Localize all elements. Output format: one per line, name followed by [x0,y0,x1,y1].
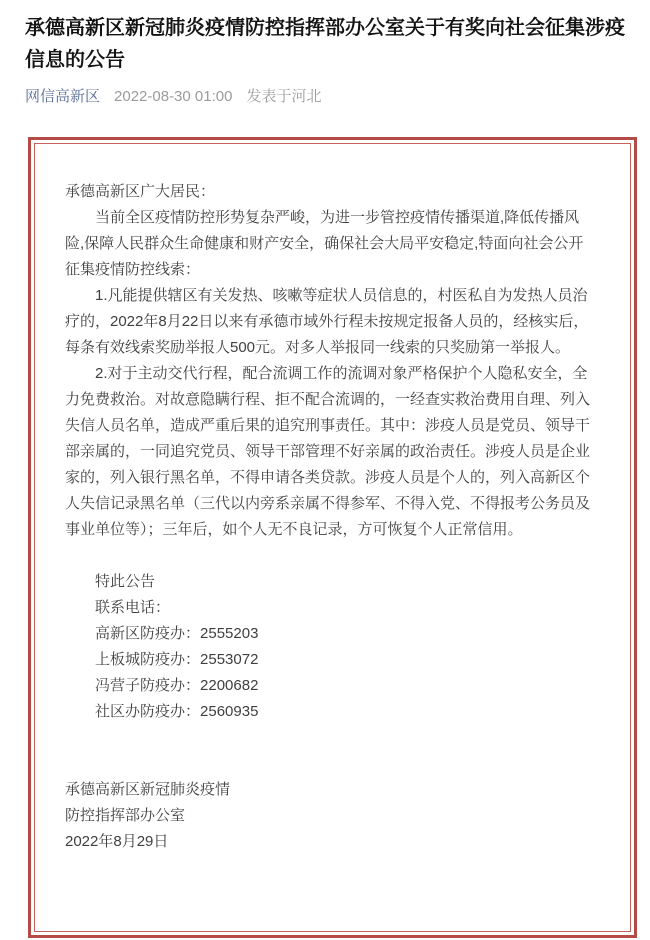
contact-label: 冯营子防疫办： [95,677,200,694]
contact-row: 冯营子防疫办：2200682 [65,673,590,699]
contact-label: 上板城防疫办： [95,651,200,668]
signature-org-line-2: 防控指挥部办公室 [65,803,420,829]
contact-row: 高新区防疫办：2555203 [65,621,590,647]
contact-phone-number: 2555203 [200,625,258,642]
signature-block: 承德高新区新冠肺炎疫情 防控指挥部办公室 2022年8月29日 [65,777,420,855]
notice-paragraph-item-2: 2.对于主动交代行程，配合流调工作的流调对象严格保护个人隐私安全，全力免费救治。… [65,361,590,543]
article-title: 承德高新区新冠肺炎疫情防控指挥部办公室关于有奖向社会征集涉疫信息的公告 [0,12,650,76]
closing-line: 特此公告 [65,569,590,595]
notice-paragraph-item-1: 1.凡能提供辖区有关发热、咳嗽等症状人员信息的，村医私自为发热人员治疗的，202… [65,283,590,361]
article-page: 承德高新区新冠肺炎疫情防控指挥部办公室关于有奖向社会征集涉疫信息的公告 网信高新… [0,0,650,940]
contact-phone-number: 2200682 [200,677,258,694]
notice-paragraph-intro: 当前全区疫情防控形势复杂严峻，为进一步管控疫情传播渠道,降低传播风险,保障人民群… [65,205,590,283]
contact-label: 社区办防疫办： [95,703,200,720]
contact-phone-number: 2553072 [200,651,258,668]
notice-card-border: 承德高新区广大居民： 当前全区疫情防控形势复杂严峻，为进一步管控疫情传播渠道,降… [28,137,637,938]
source-account-link[interactable]: 网信高新区 [25,86,100,107]
salutation-line: 承德高新区广大居民： [65,179,590,205]
contact-label: 高新区防疫办： [95,625,200,642]
contact-phone-number: 2560935 [200,703,258,720]
signature-org-line-1: 承德高新区新冠肺炎疫情 [65,777,420,803]
article-meta: 网信高新区 2022-08-30 01:00 发表于河北 [0,86,650,107]
contact-row: 社区办防疫办：2560935 [65,699,590,725]
contact-row: 上板城防疫办：2553072 [65,647,590,673]
contact-heading: 联系电话： [65,595,590,621]
publish-timestamp: 2022-08-30 01:00 [114,86,232,107]
publish-location: 发表于河北 [246,86,321,107]
notice-card: 承德高新区广大居民： 当前全区疫情防控形势复杂严峻，为进一步管控疫情传播渠道,降… [34,143,631,932]
signature-date: 2022年8月29日 [65,829,420,855]
